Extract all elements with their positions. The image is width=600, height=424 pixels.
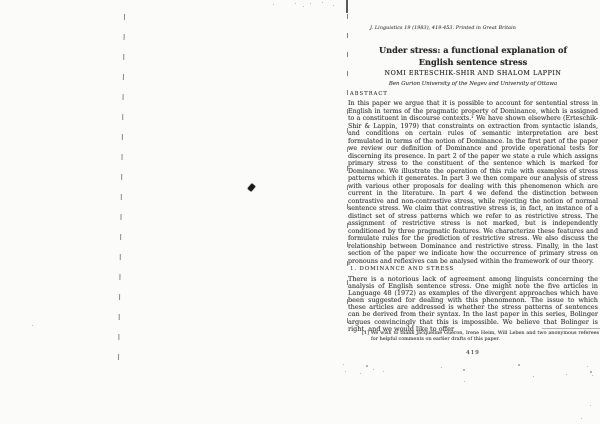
body-paragraph: There is a notorious lack of agreement a… — [348, 276, 598, 333]
footnote: [1] We wish to thank Jacqueline Guéron, … — [362, 331, 599, 342]
section-heading: 1. DOMINANCE AND STRESS — [350, 266, 454, 272]
abstract-heading: ABSTRACT — [350, 91, 388, 97]
scan-speck — [345, 371, 346, 372]
journal-header: J. Linguistics 19 (1983), 419-453. Print… — [370, 26, 516, 31]
abstract-paragraph: In this paper we argue that it is possib… — [348, 100, 598, 265]
scan-speck — [295, 3, 296, 4]
scan-speck — [518, 364, 520, 366]
scanned-paper-page: J. Linguistics 19 (1983), 419-453. Print… — [0, 0, 600, 424]
scan-speck — [32, 325, 33, 326]
paper-title-line-1: Under stress: a functional explanation o… — [348, 45, 598, 55]
scan-speck — [587, 366, 588, 367]
scan-speck — [581, 418, 582, 419]
page-number: 419 — [348, 350, 598, 356]
scan-speck — [463, 369, 465, 371]
scan-speck — [590, 371, 592, 373]
scan-speck — [566, 374, 567, 375]
scan-speck — [322, 2, 323, 3]
scan-speck — [366, 365, 368, 367]
scan-speck — [464, 381, 465, 382]
scan-speck — [303, 6, 304, 7]
scan-speck — [273, 4, 274, 5]
paper-title-line-2: English sentence stress — [348, 57, 598, 67]
scan-speck — [590, 405, 591, 406]
affiliation-line: Ben Gurion University of the Negev and U… — [348, 81, 598, 87]
authors-line: NOMI ERTESCHIK-SHIR AND SHALOM LAPPIN — [348, 70, 598, 77]
scan-speck — [373, 369, 374, 370]
scan-speck — [310, 3, 311, 4]
scan-speck — [383, 371, 384, 372]
ink-blot — [247, 183, 255, 192]
scan-speck — [360, 373, 361, 374]
scan-speck — [441, 367, 442, 368]
scan-speck — [533, 376, 534, 377]
scan-speck — [333, 5, 334, 6]
scan-speck — [343, 364, 344, 365]
left-fold-dashed-line — [118, 14, 125, 360]
scan-speck — [592, 375, 593, 376]
page-edge-top-mark — [346, 0, 348, 13]
